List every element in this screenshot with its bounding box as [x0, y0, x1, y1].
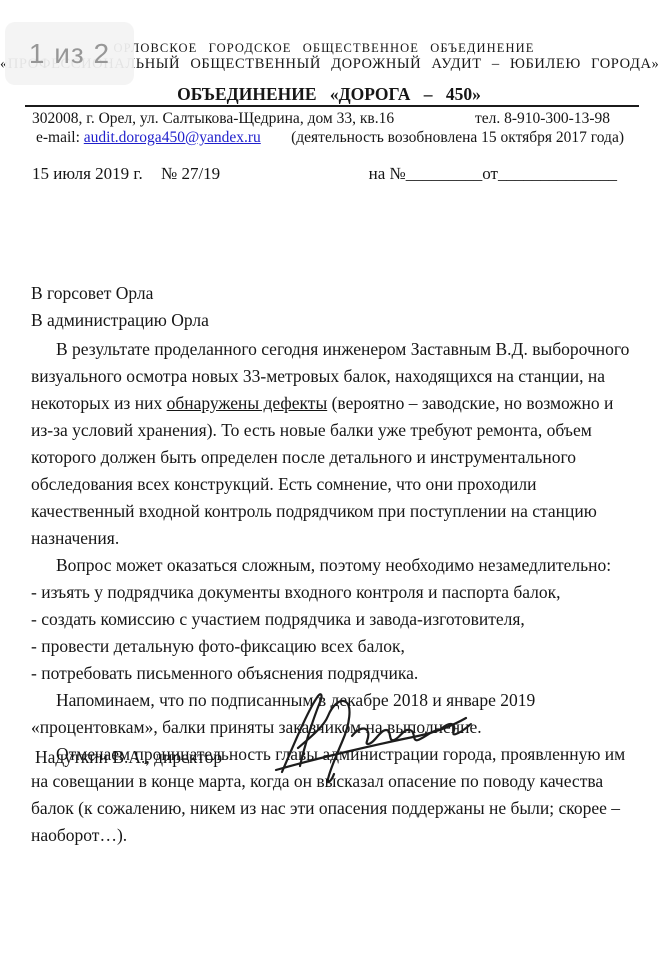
- letter-date: 15 июля 2019 г.: [32, 164, 143, 183]
- page-indicator-badge: 1 из 2: [5, 22, 134, 85]
- reply-prefix: на №: [369, 164, 406, 183]
- org-email-line: e-mail: audit.doroga450@yandex.ru: [36, 129, 261, 147]
- recipients-block: В горсовет Орла В администрацию Орла: [31, 280, 209, 334]
- paragraph-findings: В результате проделанного сегодня инжене…: [31, 336, 631, 552]
- paragraph-text: (вероятно – заводские, но возможно и из-…: [31, 393, 613, 548]
- email-link[interactable]: audit.doroga450@yandex.ru: [84, 129, 261, 146]
- signatory-name: Надуткин В.А., директор: [35, 747, 222, 768]
- demand-item: - потребовать письменного объяснения под…: [31, 660, 631, 687]
- paragraph-demands-intro: Вопрос может оказаться сложным, поэтому …: [31, 552, 631, 579]
- page-indicator-label: 1 из 2: [29, 38, 110, 70]
- email-label: e-mail:: [36, 129, 80, 146]
- letterhead-divider: [25, 105, 639, 107]
- demand-item: - провести детальную фото-фиксацию всех …: [31, 633, 631, 660]
- recipient-line: В горсовет Орла: [31, 280, 209, 307]
- underlined-phrase: обнаружены дефекты: [167, 393, 328, 413]
- demand-item: - изъять у подрядчика документы входного…: [31, 579, 631, 606]
- handwritten-signature: [268, 686, 478, 786]
- recipient-line: В администрацию Орла: [31, 307, 209, 334]
- contact-row: e-mail: audit.doroga450@yandex.ru (деяте…: [36, 129, 624, 147]
- org-address: 302008, г. Орел, ул. Салтыкова-Щедрина, …: [32, 110, 394, 128]
- org-title: ОБЪЕДИНЕНИЕ «ДОРОГА – 450»: [0, 84, 658, 105]
- reply-blank-number: _________: [406, 164, 483, 183]
- activity-note: (деятельность возобновлена 15 октября 20…: [291, 129, 624, 147]
- reply-reference: на №_________от______________: [369, 164, 617, 184]
- contact-row: 302008, г. Орел, ул. Салтыкова-Щедрина, …: [32, 110, 610, 128]
- reply-blank-date: ______________: [498, 164, 617, 183]
- letter-number: № 27/19: [161, 164, 220, 183]
- reply-from-label: от: [482, 164, 498, 183]
- reference-row: 15 июля 2019 г. № 27/19 на №_________от_…: [32, 164, 617, 184]
- letter-page: ОРЛОВСКОЕ ГОРОДСКОЕ ОБЩЕСТВЕННОЕ ОБЪЕДИН…: [0, 0, 658, 960]
- letter-date-number: 15 июля 2019 г. № 27/19: [32, 164, 220, 184]
- demand-item: - создать комиссию с участием подрядчика…: [31, 606, 631, 633]
- org-phone: тел. 8-910-300-13-98: [475, 110, 610, 128]
